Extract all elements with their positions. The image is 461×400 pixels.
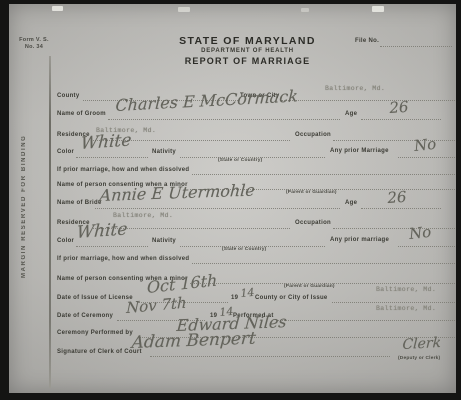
bride-name-line [95,207,340,209]
bride-nativity-label: Nativity [152,238,176,244]
groom-color-value: White [80,130,132,154]
town-line [281,99,455,101]
license-place-line [332,301,455,303]
license-year-value: 14 [240,286,255,300]
clerk-title-value: Clerk [402,335,441,353]
bride-name-value: Annie E Utermohle [99,181,256,205]
groom-prior-value: No [413,135,437,155]
groom-age-value: 26 [389,98,409,117]
film-mark [178,7,190,12]
bride-dissolved-label: If prior marriage, how and when dissolve… [57,256,189,262]
groom-nativity-label: Nativity [152,149,176,155]
binding-line [49,56,51,388]
bride-occupation-line [333,227,455,229]
groom-color-line [76,156,148,158]
groom-age-label: Age [345,111,357,117]
groom-dissolved-label: If prior marriage, how and when dissolve… [57,167,189,173]
binding-margin-note: MARGIN RESERVED FOR BINDING [21,118,27,278]
bride-age-label: Age [345,200,357,206]
license-place-label: County or City of Issue [255,295,328,301]
groom-dissolved-line [192,173,455,175]
bride-color-line [76,245,148,247]
ceremony-date-value: Nov 7th [126,294,187,317]
form-title: REPORT OF MARRIAGE [150,56,345,66]
bride-nativity-sublabel: (State or Country) [222,247,266,252]
groom-name-label: Name of Groom [57,111,106,117]
performed-at-value: Baltimore, Md. [376,305,436,312]
bride-prior-value: No [408,223,432,243]
ceremony-date-label: Date of Ceremony [57,313,113,319]
town-value: Baltimore, Md. [325,85,385,92]
clerk-signature-label: Signature of Clerk of Court [57,349,142,355]
file-no-label: File No. [355,38,379,44]
film-mark [372,6,384,12]
performed-at-line [277,319,455,321]
groom-name-value: Charles E McCormack [115,86,298,115]
film-mark [52,6,63,11]
bride-prior-label: Any prior marriage [330,237,389,243]
groom-prior-label: Any prior Marriage [330,148,389,154]
bride-consent-sublabel: (Parent or Guardian) [284,284,335,289]
groom-consent-sublabel: (Parent or Guardian) [286,190,337,195]
license-place-value: Baltimore, Md. [376,286,436,293]
bride-age-line [361,207,441,209]
bride-color-value: White [76,219,128,243]
state-title: STATE OF MARYLAND [150,35,345,47]
groom-age-line [361,118,441,120]
form-number-line1: Form V. S. [14,37,54,44]
groom-occupation-label: Occupation [295,132,331,138]
bride-name-label: Name of Bride [57,200,102,206]
file-no-line [380,45,452,47]
groom-prior-line [398,156,455,158]
form-number-stamp: Form V. S. No. 34 [14,37,54,51]
groom-nativity-sublabel: (State or Country) [218,158,262,163]
clerk-signature-value: Adam Benpert [131,329,257,353]
groom-color-label: Color [57,149,74,155]
form-number-line2: No. 34 [14,44,54,51]
bride-prior-line [398,245,455,247]
bride-occupation-label: Occupation [295,220,331,226]
groom-occupation-line [333,139,455,141]
bride-age-value: 26 [387,188,407,207]
scanned-marriage-record-photo: Form V. S. No. 34 MARGIN RESERVED FOR BI… [0,0,461,400]
bride-residence-value: Baltimore, Md. [113,212,173,219]
performed-by-label: Ceremony Performed by [57,330,133,336]
clerk-signature-line [150,355,390,357]
bride-dissolved-line [192,262,455,264]
license-date-label: Date of Issue of License [57,295,133,301]
bride-color-label: Color [57,238,74,244]
department-subtitle: DEPARTMENT OF HEALTH [150,48,345,54]
groom-name-line [108,118,340,120]
county-label: County [57,93,79,99]
film-mark [301,8,309,12]
clerk-sublabel: (Deputy or Clerk) [398,356,440,361]
license-year-printed: 19 [231,295,238,301]
